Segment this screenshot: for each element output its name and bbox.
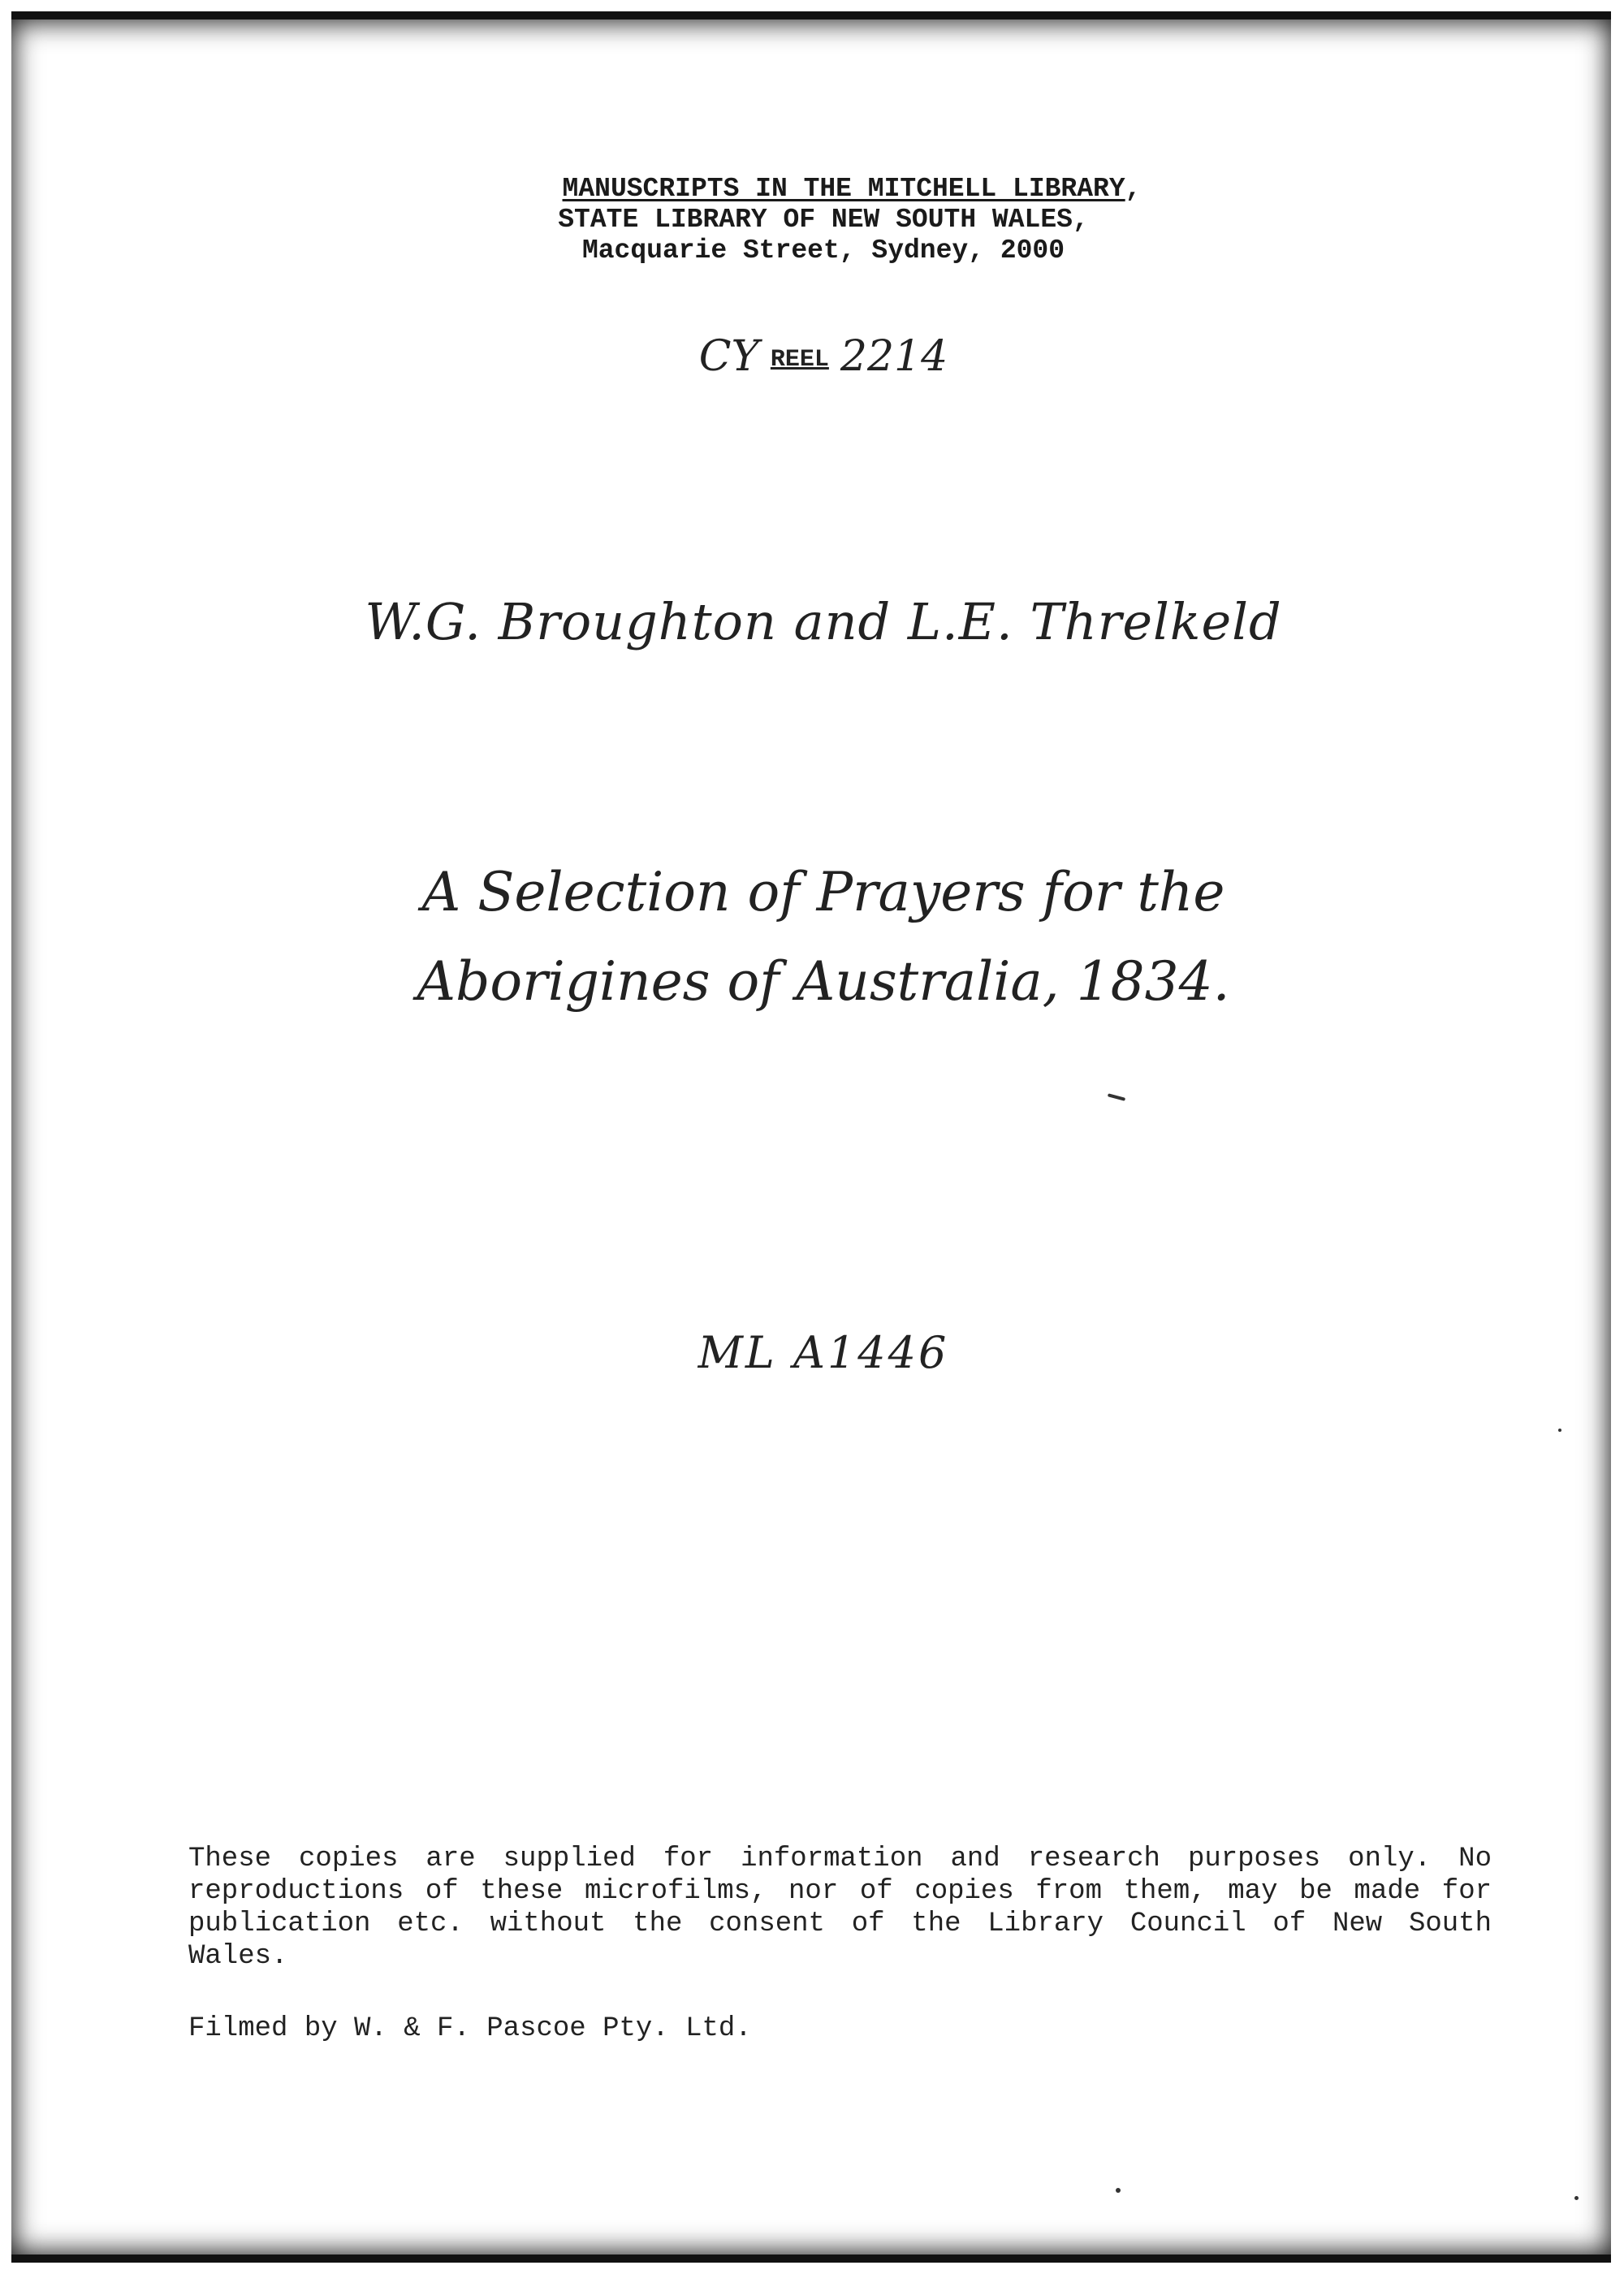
film-speck [1116, 2188, 1121, 2193]
header-line-2: STATE LIBRARY OF NEW SOUTH WALES, [558, 205, 1089, 236]
copyright-disclaimer: These copies are supplied for informatio… [188, 1843, 1492, 1973]
film-speck [1558, 1429, 1561, 1432]
film-speck [1574, 2196, 1579, 2200]
microfilm-page-frame: MANUSCRIPTS IN THE MITCHELL LIBRARY, STA… [11, 11, 1611, 2263]
header-title: MANUSCRIPTS IN THE MITCHELL LIBRARY [563, 174, 1125, 204]
header-line-1: MANUSCRIPTS IN THE MITCHELL LIBRARY, [563, 174, 1142, 205]
title-line-2: Aborigines of Australia, 1834. [11, 937, 1624, 1027]
manuscript-title: A Selection of Prayers for the Aborigine… [11, 848, 1624, 1027]
call-number: ML A1446 [11, 1327, 1624, 1378]
title-line-1: A Selection of Prayers for the [11, 848, 1624, 937]
authors: W.G. Broughton and L.E. Threlkeld [11, 592, 1624, 651]
filmed-by: Filmed by W. & F. Pascoe Pty. Ltd. [188, 2013, 752, 2044]
reel-number-value: 2214 [840, 332, 948, 381]
reel-number: CYREEL2214 [11, 332, 1624, 381]
header-line-3: Macquarie Street, Sydney, 2000 [582, 236, 1065, 266]
reel-prefix: CY [699, 332, 759, 381]
library-header: MANUSCRIPTS IN THE MITCHELL LIBRARY, STA… [11, 174, 1624, 266]
film-speck [1108, 1093, 1125, 1101]
reel-label: REEL [771, 346, 829, 374]
header-comma: , [1125, 174, 1142, 204]
